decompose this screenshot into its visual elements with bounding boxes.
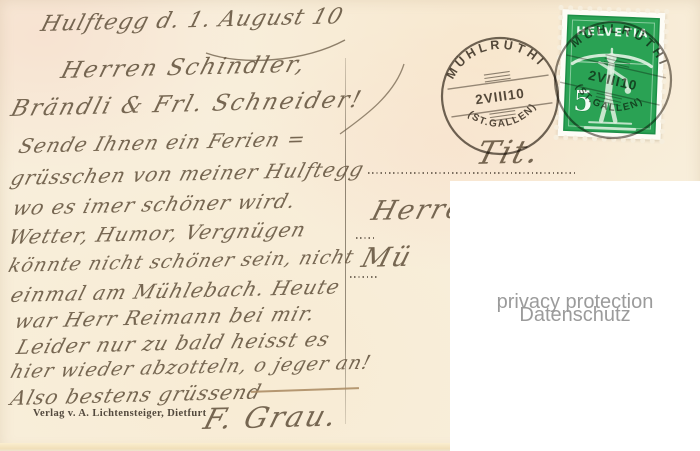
publisher-imprint: Verlag v. A. Lichtensteiger, Dietfurt: [33, 408, 207, 419]
privacy-text-de: Datenschutz: [450, 304, 700, 327]
signature: F. Grau.: [200, 399, 343, 436]
address-salutation: Tit.: [472, 132, 546, 172]
stamp-country-label: HELVETIA: [576, 24, 649, 41]
stamp-art: HELVETIA 5: [558, 9, 666, 140]
stamp-value: 5: [572, 84, 593, 119]
privacy-overlay: privacy protection Datenschutz: [450, 181, 700, 451]
address-dotted-line: [350, 276, 378, 278]
address-dotted-line: [356, 237, 374, 239]
address-line: Mü: [358, 242, 416, 274]
postcard-scan: Hulftegg d. 1. August 10 Herren Schindle…: [0, 0, 700, 451]
postage-stamp: HELVETIA 5: [558, 9, 666, 140]
address-dotted-line: [368, 172, 576, 174]
